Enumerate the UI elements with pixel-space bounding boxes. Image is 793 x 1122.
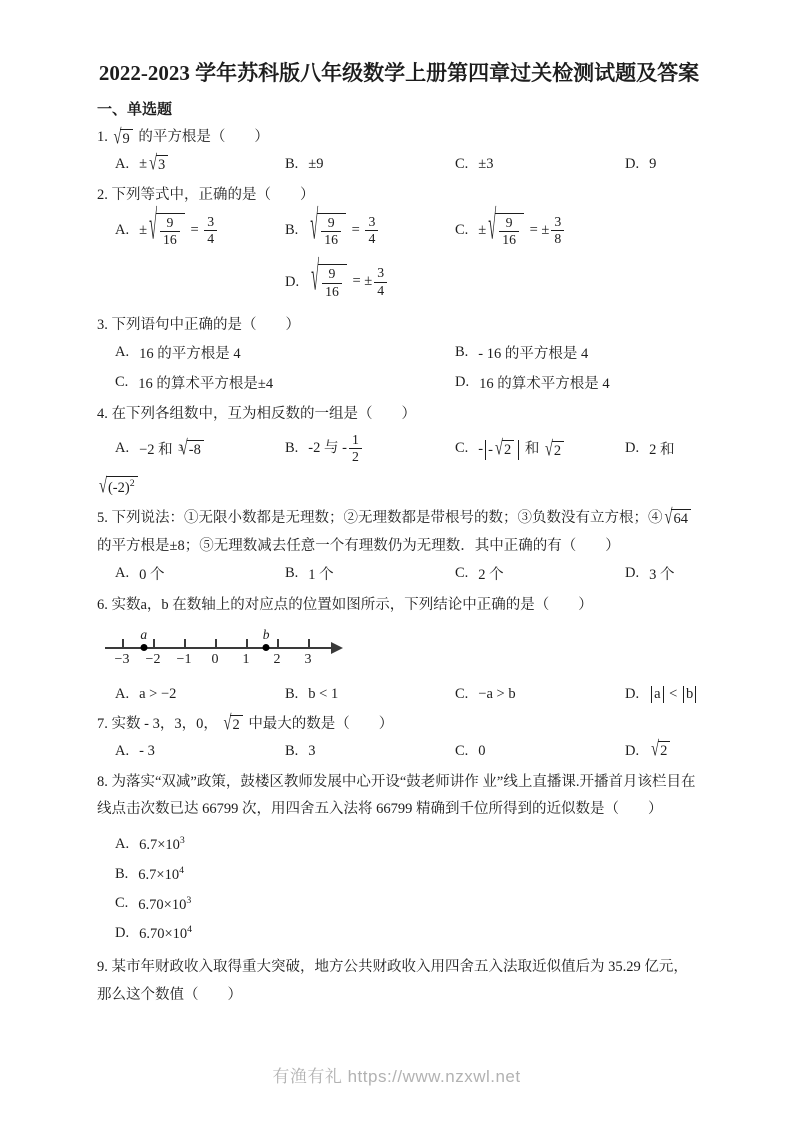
option-value: - 3 (139, 743, 155, 760)
fraction: 34 (204, 214, 217, 248)
square-root: √916 (149, 213, 185, 249)
fraction: 38 (551, 214, 564, 248)
question-6-option-d: D.a < b (625, 686, 701, 703)
axis-tick-label: 0 (212, 652, 219, 668)
question-8-options: A.6.7×103 B.6.7×104 C.6.70×103 D.6.70×10… (115, 835, 701, 943)
option-label: B. (285, 686, 298, 703)
question-6-option-a: A.a > −2 (115, 686, 285, 703)
axis-arrow (331, 642, 343, 654)
square-root: √64 (665, 509, 691, 528)
question-2: 2. 下列等式中，正确的是（ ） A.±√916 = 34 B.√916 = 3… (97, 182, 701, 300)
question-3-option-c: C.16 的算术平方根是±4 (115, 372, 455, 393)
option-label: D. (625, 686, 639, 703)
question-2-option-d: D.√916 = ±34 (285, 264, 455, 300)
option-value: --√2 和 √2 (478, 437, 566, 460)
page-title: 2022-2023 学年苏科版八年级数学上册第四章过关检测试题及答案 (97, 58, 701, 88)
option-value: b < 1 (308, 686, 338, 703)
question-4-option-b: B.-2 与 -12 (285, 432, 455, 466)
fraction: 34 (365, 214, 378, 248)
option-value: −a > b (478, 686, 515, 703)
question-7-option-c: C.0 (455, 743, 625, 760)
question-6-option-c: C.−a > b (455, 686, 625, 703)
question-4-options: A.−2 和 3√-8 B.-2 与 -12 C.--√2 和 √2 D.2 和 (115, 432, 701, 466)
absolute-value: -√2 (485, 440, 519, 459)
question-2-option-a: A.±√916 = 34 (115, 213, 285, 249)
option-value: 3 (308, 743, 315, 760)
point-label-a: a (140, 627, 147, 643)
question-9: 9. 某市年财政收入取得重大突破，地方公共财政收入用四舍五入法取近似值后为 35… (97, 954, 701, 1009)
question-8: 8. 为落实“双减”政策，鼓楼区教师发展中心开设“鼓老师讲作 业”线上直播课.开… (97, 769, 701, 943)
axis-tick-label: −1 (177, 652, 192, 668)
square-root: √2 (223, 715, 242, 734)
cube-root: 3√-8 (178, 440, 204, 459)
option-label: D. (115, 925, 129, 942)
option-label: A. (115, 156, 129, 173)
axis-tick-label: −3 (115, 652, 130, 668)
option-value: -2 与 -12 (308, 432, 364, 466)
option-value: 0 (478, 743, 485, 760)
option-label: D. (625, 440, 639, 457)
fraction: 12 (349, 432, 362, 466)
option-label: D. (625, 565, 639, 582)
fraction: 916 (322, 266, 342, 300)
option-value: a < b (649, 686, 698, 703)
option-label: C. (455, 222, 468, 239)
question-8-option-d: D.6.70×104 (115, 924, 701, 943)
option-value: ±√916 = 34 (139, 213, 219, 249)
option-label: B. (115, 866, 128, 883)
option-label: C. (115, 895, 128, 912)
question-3-option-d: D.16 的算术平方根是 4 (455, 372, 701, 393)
axis-tick-label: 1 (243, 652, 250, 668)
option-value: ±9 (308, 156, 323, 173)
question-7-options: A.- 3 B.3 C.0 D.√2 (115, 741, 701, 760)
question-2-option-c: C.±√916 = ±38 (455, 213, 701, 249)
question-7-option-a: A.- 3 (115, 743, 285, 760)
option-label: D. (285, 274, 299, 291)
option-value: 16 的算术平方根是±4 (138, 372, 273, 393)
question-4-option-a: A.−2 和 3√-8 (115, 438, 285, 459)
option-value: 16 的平方根是 4 (139, 342, 241, 363)
question-5-option-d: D.3 个 (625, 563, 701, 584)
watermark-footer: 有渔有礼 https://www.nzxwl.net (0, 1062, 793, 1087)
square-root: √9 (114, 129, 133, 148)
option-value: ±√916 = ±38 (478, 213, 566, 249)
question-9-stem: 9. 某市年财政收入取得重大突破，地方公共财政收入用四舍五入法取近似值后为 35… (97, 954, 701, 1009)
axis-tick (246, 639, 248, 648)
option-value: −2 和 3√-8 (139, 438, 206, 459)
fraction: 34 (374, 265, 387, 299)
option-label: D. (625, 156, 639, 173)
question-4-stem: 4. 在下列各组数中，互为相反数的一组是（ ） (97, 401, 701, 429)
question-1-option-b: B.±9 (285, 156, 455, 173)
option-value: √2 (649, 741, 672, 760)
option-label: A. (115, 222, 129, 239)
option-value: - 16 的平方根是 4 (478, 342, 588, 363)
axis-line (105, 647, 333, 649)
question-3-options: A.16 的平方根是 4 B.- 16 的平方根是 4 C.16 的算术平方根是… (115, 342, 701, 393)
option-value: 6.70×104 (139, 924, 192, 943)
square-root: √(-2)2 (99, 476, 138, 497)
point-a (140, 644, 147, 651)
axis-tick-label: 3 (305, 652, 312, 668)
question-5-options: A.0 个 B.1 个 C.2 个 D.3 个 (115, 563, 701, 584)
option-label: A. (115, 836, 129, 853)
axis-tick (184, 639, 186, 648)
option-value: 2 和 (649, 438, 674, 459)
option-label: A. (115, 565, 129, 582)
square-root: √2 (651, 741, 670, 760)
question-5-option-b: B.1 个 (285, 563, 455, 584)
question-6-option-b: B.b < 1 (285, 686, 455, 703)
axis-tick (153, 639, 155, 648)
square-root: √916 (310, 213, 346, 249)
axis-tick (122, 639, 124, 648)
question-5-option-a: A.0 个 (115, 563, 285, 584)
question-6-options: A.a > −2 B.b < 1 C.−a > b D.a < b (115, 686, 701, 703)
question-6-stem: 6. 实数a，b 在数轴上的对应点的位置如图所示，下列结论中正确的是（ ） (97, 592, 701, 620)
question-6: 6. 实数a，b 在数轴上的对应点的位置如图所示，下列结论中正确的是（ ） −3… (97, 592, 701, 703)
axis-tick (215, 639, 217, 648)
absolute-value: a (651, 686, 663, 703)
option-label: C. (455, 686, 468, 703)
option-value: 9 (649, 156, 656, 173)
option-value: 0 个 (139, 563, 164, 584)
question-2-stem: 2. 下列等式中，正确的是（ ） (97, 182, 701, 210)
option-label: B. (455, 344, 468, 361)
option-label: B. (285, 743, 298, 760)
question-5-option-c: C.2 个 (455, 563, 625, 584)
question-2-options: A.±√916 = 34 B.√916 = 34 C.±√916 = ±38 D… (115, 213, 701, 300)
question-4-option-d-continuation: √(-2)2 (97, 474, 701, 502)
question-1: 1. √9 的平方根是（ ） A.±√3 B.±9 C.±3 D.9 (97, 124, 701, 174)
option-label: A. (115, 743, 129, 760)
question-5-stem: 5. 下列说法：①无限小数都是无理数；②无理数都是带根号的数；③负数没有立方根；… (97, 505, 701, 560)
question-3-option-a: A.16 的平方根是 4 (115, 342, 455, 363)
option-value: 2 个 (478, 563, 503, 584)
option-label: A. (115, 686, 129, 703)
square-root: √2 (495, 440, 514, 459)
square-root: √916 (488, 213, 524, 249)
axis-tick-label: −2 (146, 652, 161, 668)
point-label-b: b (263, 627, 270, 643)
section-heading: 一、单选题 (97, 98, 701, 119)
test-paper-page: 2022-2023 学年苏科版八年级数学上册第四章过关检测试题及答案 一、单选题… (0, 0, 793, 1122)
number-line-figure: −3−2−10123ab (105, 626, 360, 676)
option-value: √916 = ±34 (309, 264, 389, 300)
square-root: √2 (545, 441, 564, 460)
absolute-value: b (683, 686, 696, 703)
option-value: 1 个 (308, 563, 333, 584)
question-3: 3. 下列语句中正确的是（ ） A.16 的平方根是 4 B.- 16 的平方根… (97, 312, 701, 394)
question-1-stem: 1. √9 的平方根是（ ） (97, 124, 701, 152)
question-1-options: A.±√3 B.±9 C.±3 D.9 (115, 155, 701, 174)
option-label: C. (455, 743, 468, 760)
option-value: 6.70×103 (138, 895, 191, 914)
question-7-stem: 7. 实数 - 3，3，0， √2 中最大的数是（ ） (97, 711, 701, 739)
question-3-stem: 3. 下列语句中正确的是（ ） (97, 312, 701, 340)
option-label: B. (285, 156, 298, 173)
axis-tick (277, 639, 279, 648)
option-value: ±3 (478, 156, 493, 173)
question-8-stem: 8. 为落实“双减”政策，鼓楼区教师发展中心开设“鼓老师讲作 业”线上直播课.开… (97, 769, 701, 824)
question-4: 4. 在下列各组数中，互为相反数的一组是（ ） A.−2 和 3√-8 B.-2… (97, 401, 701, 501)
option-label: C. (455, 156, 468, 173)
question-2-option-b: B.√916 = 34 (285, 213, 455, 249)
option-label: B. (285, 565, 298, 582)
option-label: A. (115, 440, 129, 457)
question-8-option-a: A.6.7×103 (115, 835, 701, 854)
fraction: 916 (160, 215, 180, 249)
question-3-option-b: B.- 16 的平方根是 4 (455, 342, 701, 363)
option-value: ±√3 (139, 155, 170, 174)
point-b (263, 644, 270, 651)
fraction: 916 (321, 215, 341, 249)
question-7: 7. 实数 - 3，3，0， √2 中最大的数是（ ） A.- 3 B.3 C.… (97, 711, 701, 761)
option-value: 3 个 (649, 563, 674, 584)
question-7-option-b: B.3 (285, 743, 455, 760)
question-7-option-d: D.√2 (625, 741, 701, 760)
square-root: √3 (149, 155, 168, 174)
question-4-option-c: C.--√2 和 √2 (455, 437, 625, 460)
question-1-option-c: C.±3 (455, 156, 625, 173)
option-label: A. (115, 344, 129, 361)
question-5: 5. 下列说法：①无限小数都是无理数；②无理数都是带根号的数；③负数没有立方根；… (97, 505, 701, 584)
option-value: 16 的算术平方根是 4 (479, 372, 610, 393)
option-label: D. (455, 374, 469, 391)
option-value: √916 = 34 (308, 213, 380, 249)
fraction: 916 (499, 215, 519, 249)
question-8-option-c: C.6.70×103 (115, 895, 701, 914)
option-label: B. (285, 222, 298, 239)
axis-tick-label: 2 (274, 652, 281, 668)
square-root: √916 (311, 264, 347, 300)
option-label: C. (455, 565, 468, 582)
option-value: 6.7×103 (139, 835, 185, 854)
option-value: 6.7×104 (138, 865, 184, 884)
question-8-option-b: B.6.7×104 (115, 865, 701, 884)
option-value: a > −2 (139, 686, 176, 703)
question-1-option-a: A.±√3 (115, 155, 285, 174)
axis-tick (308, 639, 310, 648)
option-label: C. (115, 374, 128, 391)
option-label: B. (285, 440, 298, 457)
option-label: D. (625, 743, 639, 760)
option-label: C. (455, 440, 468, 457)
question-4-option-d: D.2 和 (625, 438, 701, 459)
question-1-option-d: D.9 (625, 156, 701, 173)
